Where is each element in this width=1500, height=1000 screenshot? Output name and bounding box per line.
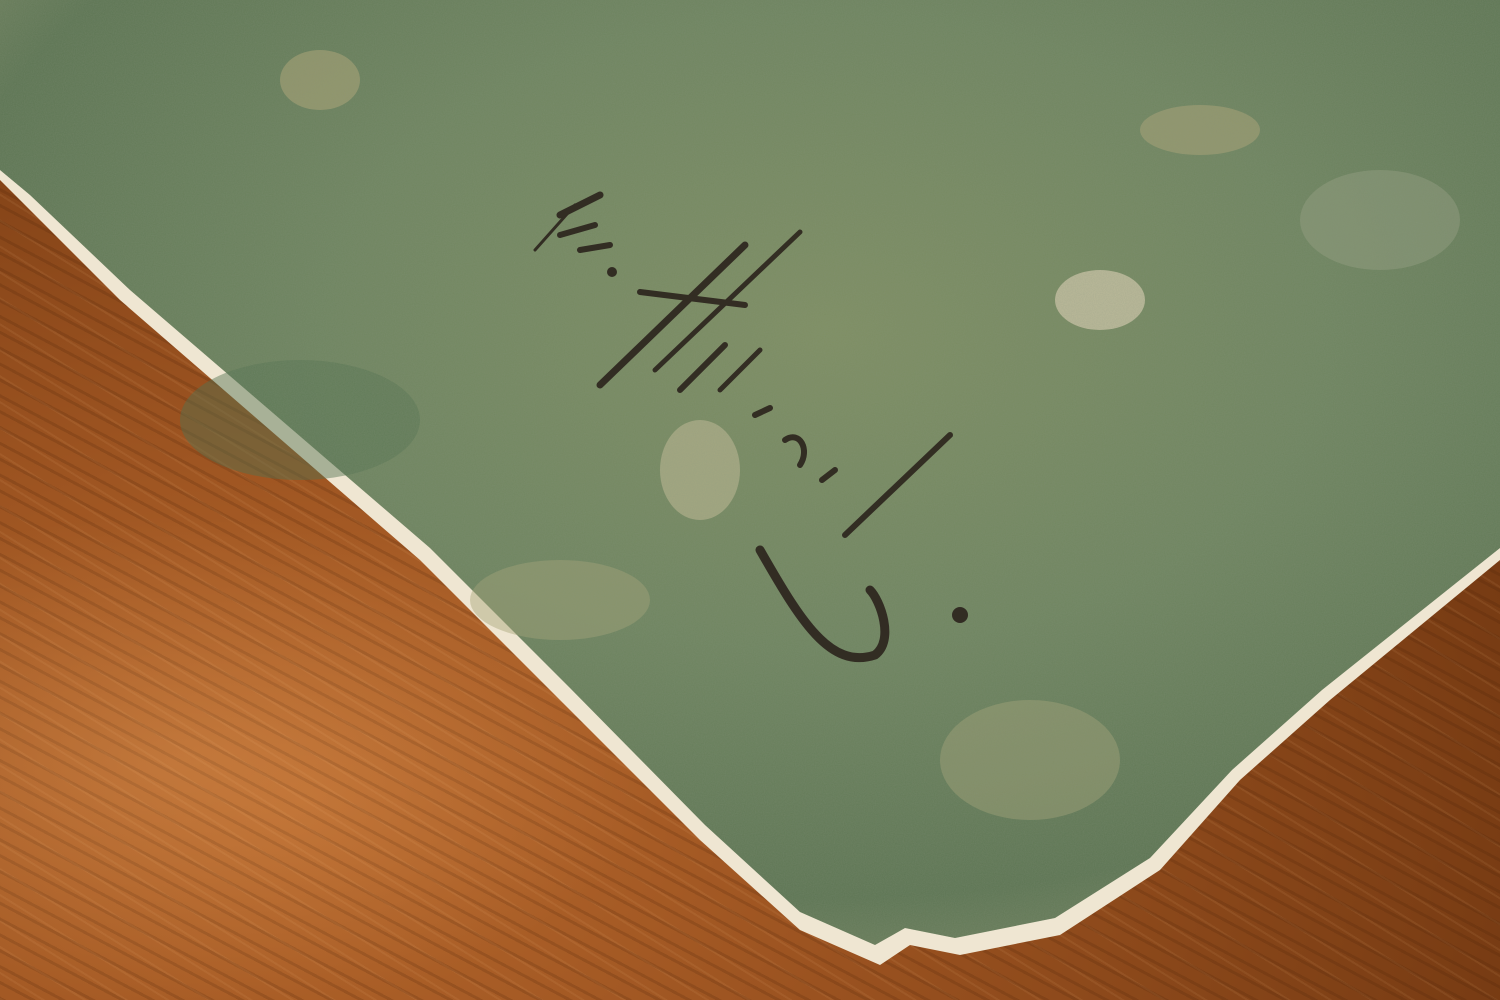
ink-signature	[0, 0, 1500, 1000]
photo-scene: Fr. H...	[0, 0, 1500, 1000]
